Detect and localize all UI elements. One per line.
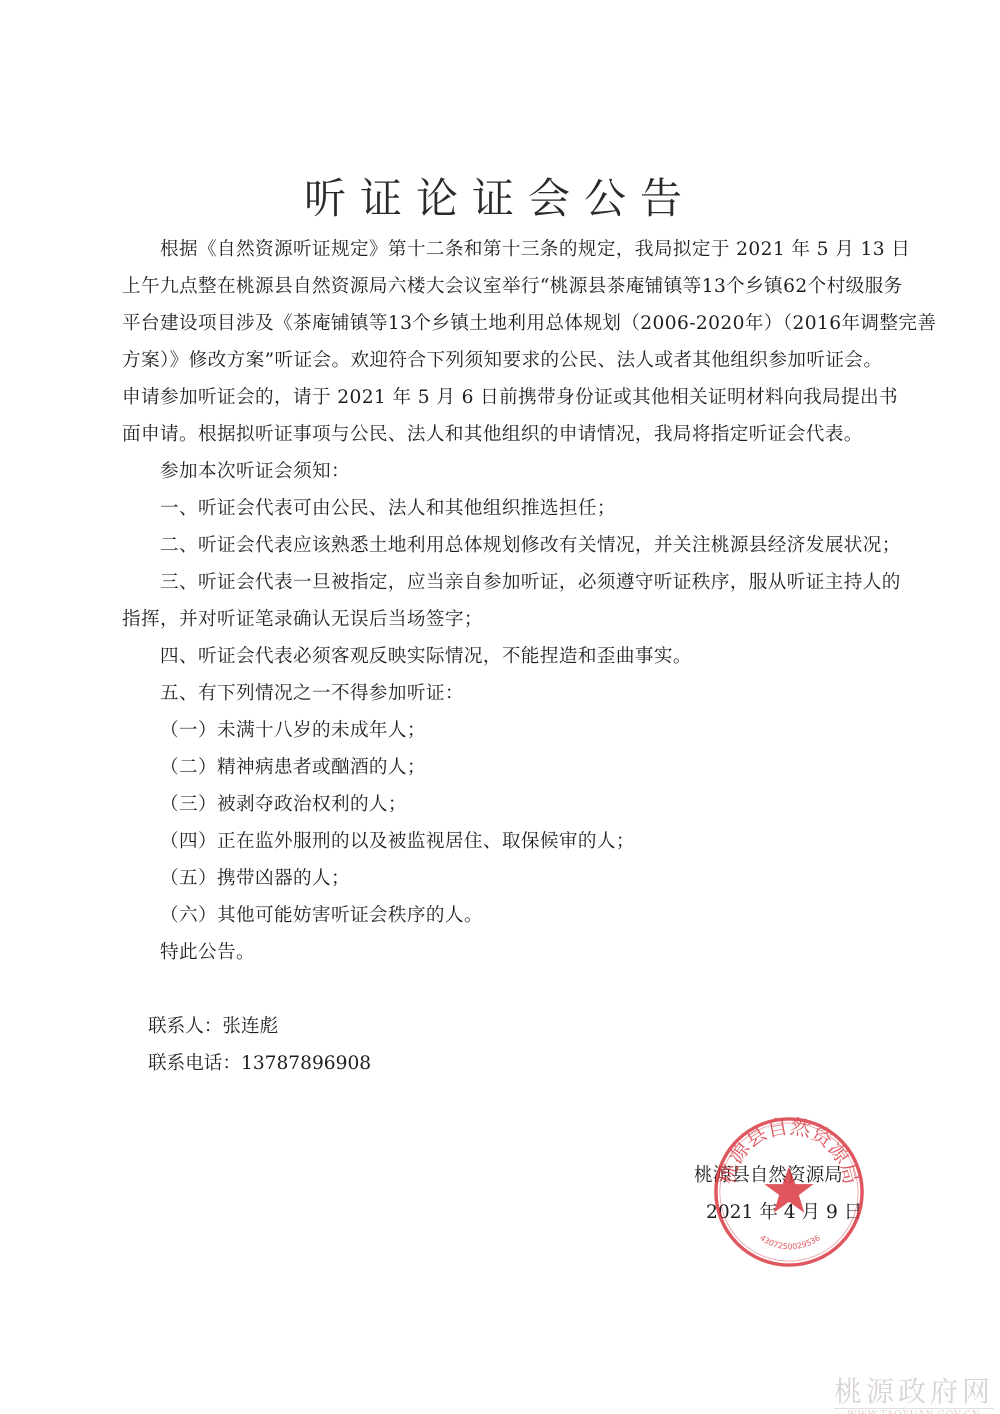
text-line: 上午九点整在桃源县自然资源局六楼大会议室举行“桃源县茶庵铺镇等13个乡镇62个村… bbox=[122, 268, 892, 305]
stamp-code: 4307250029536 bbox=[758, 1233, 822, 1251]
notice-item: 二、听证会代表应该熟悉土地利用总体规划修改有关情况，并关注桃源县经济发展状况； bbox=[122, 527, 892, 564]
exclusion-item: （六）其他可能妨害听证会秩序的人。 bbox=[122, 897, 892, 934]
text-line: 方案）》修改方案”听证会。欢迎符合下列须知要求的公民、法人或者其他组织参加听证会… bbox=[122, 342, 892, 379]
exclusion-item: （二）精神病患者或酗酒的人； bbox=[122, 749, 892, 786]
page-title: 听证论证会公告 bbox=[0, 166, 1000, 226]
closing-text: 特此公告。 bbox=[122, 934, 892, 971]
notice-item: 五、有下列情况之一不得参加听证： bbox=[122, 675, 892, 712]
contact-phone-label: 联系电话： bbox=[148, 1053, 241, 1074]
contact-phone-number: 13787896908 bbox=[241, 1053, 371, 1074]
star-icon bbox=[764, 1166, 813, 1212]
exclusion-item: （三）被剥夺政治权利的人； bbox=[122, 786, 892, 823]
official-seal-stamp: 桃源县自然资源局 4307250029536 bbox=[710, 1113, 868, 1271]
contact-person-name: 张连彪 bbox=[222, 1016, 278, 1037]
text-line: 平台建设项目涉及《茶庵铺镇等13个乡镇土地利用总体规划（2006-2020年）（… bbox=[122, 305, 892, 342]
exclusion-item: （一）未满十八岁的未成年人； bbox=[122, 712, 892, 749]
notice-heading: 参加本次听证会须知： bbox=[122, 453, 892, 490]
contact-block: 联系人：张连彪 联系电话：13787896908 bbox=[148, 1008, 371, 1082]
contact-person: 联系人：张连彪 bbox=[148, 1008, 371, 1045]
site-watermark: 桃源政府网 WWW.TAOYUAN.GOV.CN bbox=[834, 1370, 994, 1414]
notice-item: 四、听证会代表必须客观反映实际情况，不能捏造和歪曲事实。 bbox=[122, 638, 892, 675]
contact-person-label: 联系人： bbox=[148, 1016, 222, 1037]
notice-item: 三、听证会代表一旦被指定，应当亲自参加听证，必须遵守听证秩序，服从听证主持人的 bbox=[122, 564, 892, 601]
exclusion-item: （四）正在监外服刑的以及被监视居住、取保候审的人； bbox=[122, 823, 892, 860]
contact-phone: 联系电话：13787896908 bbox=[148, 1045, 371, 1082]
exclusion-item: （五）携带凶器的人； bbox=[122, 860, 892, 897]
document-body: 根据《自然资源听证规定》第十二条和第十三条的规定，我局拟定于 2021 年 5 … bbox=[122, 231, 892, 971]
text-line: 申请参加听证会的，请于 2021 年 5 月 6 日前携带身份证或其他相关证明材… bbox=[122, 379, 892, 416]
intro-paragraph: 根据《自然资源听证规定》第十二条和第十三条的规定，我局拟定于 2021 年 5 … bbox=[122, 231, 892, 453]
text-line: 面申请。根据拟听证事项与公民、法人和其他组织的申请情况，我局将指定听证会代表。 bbox=[122, 416, 892, 453]
text-line: 根据《自然资源听证规定》第十二条和第十三条的规定，我局拟定于 2021 年 5 … bbox=[122, 231, 892, 268]
watermark-name: 桃源政府网 bbox=[834, 1370, 994, 1410]
notice-item: 一、听证会代表可由公民、法人和其他组织推选担任； bbox=[122, 490, 892, 527]
notice-item-continued: 指挥，并对听证笔录确认无误后当场签字； bbox=[122, 601, 892, 638]
